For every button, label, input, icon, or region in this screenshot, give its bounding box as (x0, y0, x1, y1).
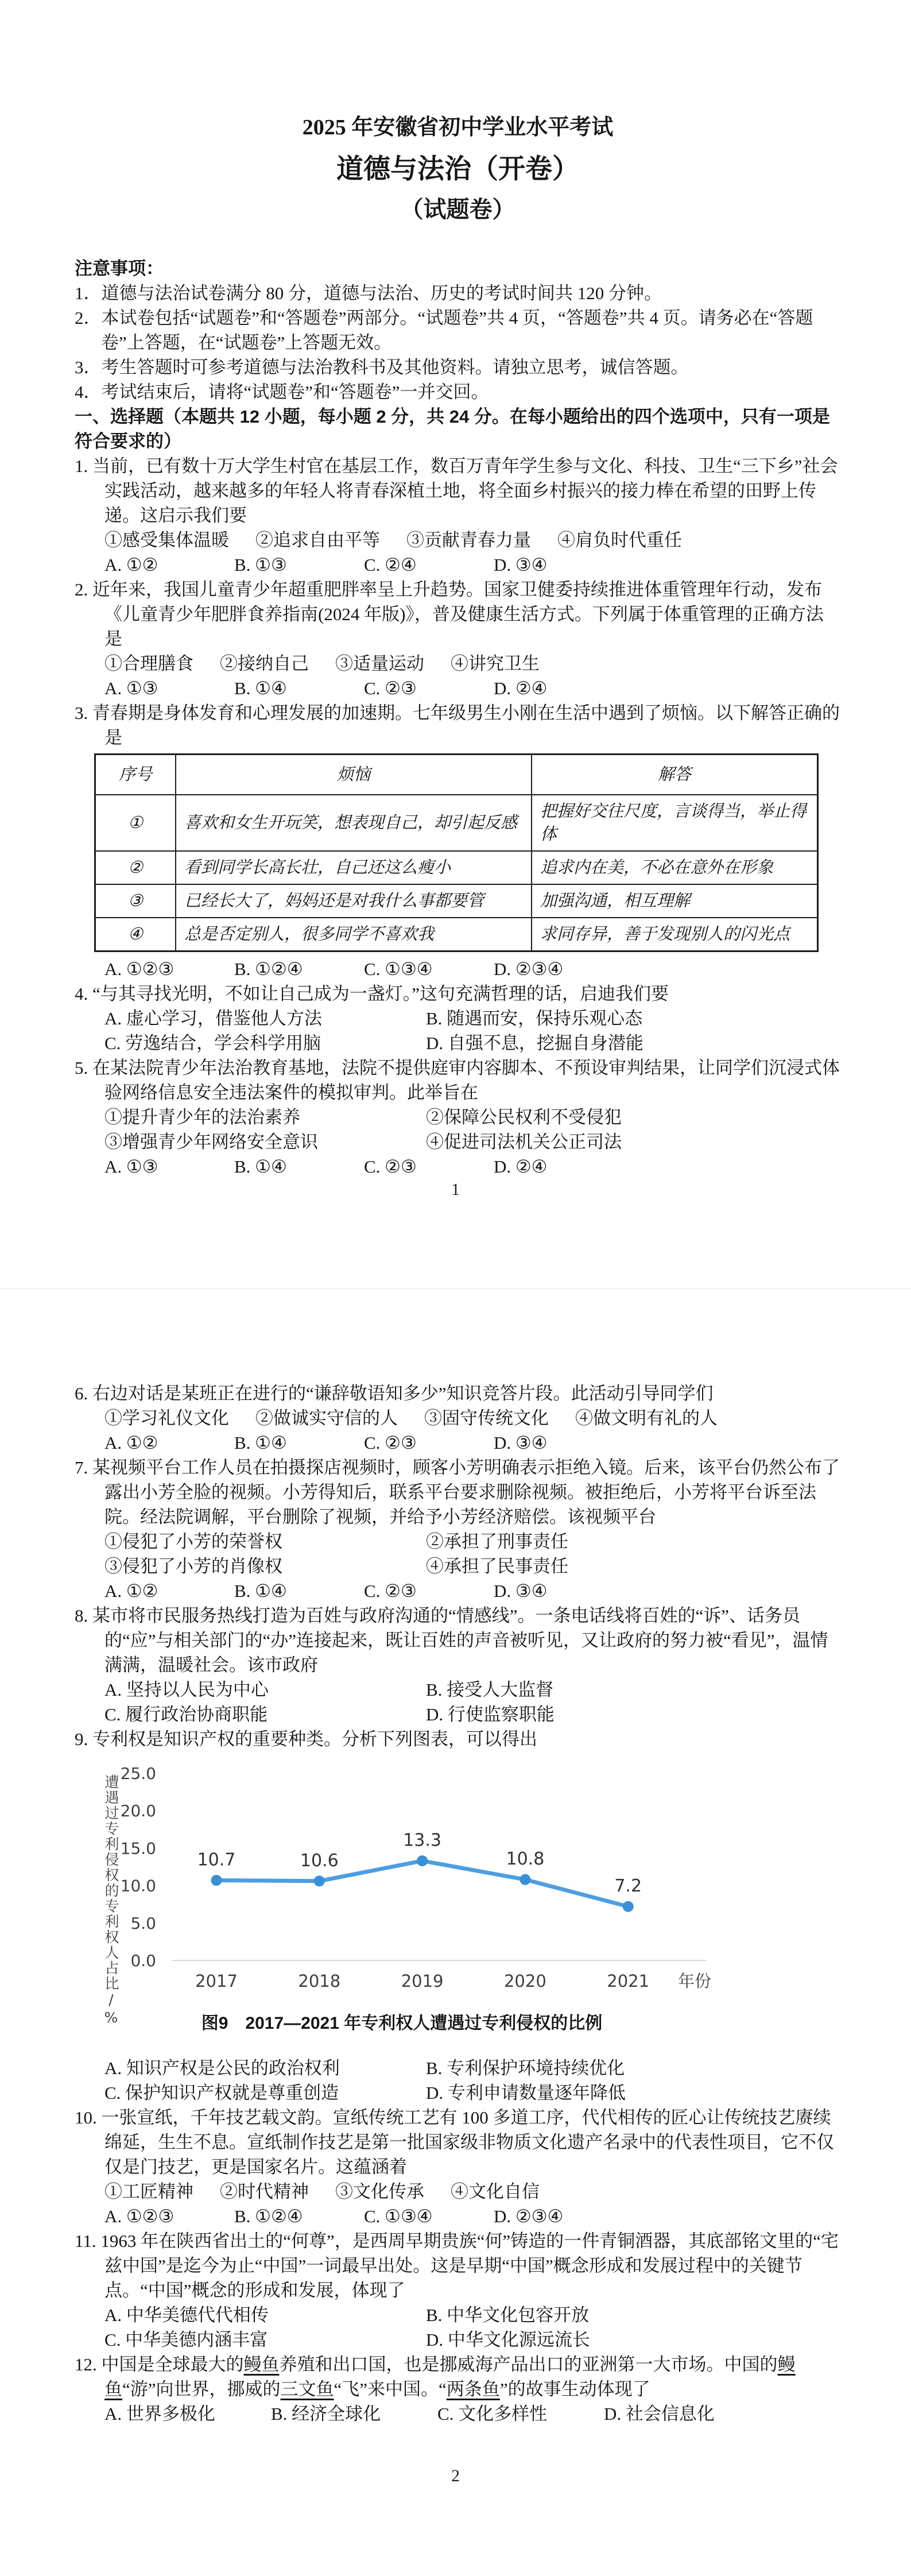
question-10-answers: A. ①②③B. ①②④C. ①③④D. ②③④ (75, 2204, 841, 2229)
table-cell: 加强沟通，相互理解 (532, 884, 818, 918)
question-12-answers: A. 世界多极化B. 经济全球化C. 文化多样性D. 社会信息化 (75, 2401, 841, 2426)
page-number-1: 1 (0, 1180, 911, 1200)
worries-answers-table: 序号 烦恼 解答 ① 喜欢和女生开玩笑，想表现自己，却引起反感 把握好交往尺度，… (94, 753, 819, 952)
answer-option: A. ①③ (104, 676, 234, 701)
choice-item: ①提升青少年的法治素养 (104, 1105, 426, 1130)
answer-option: A. 中华美德代代相传 (104, 2303, 426, 2327)
question-2-choices: ①合理膳食②接纳自己③适量运动④讲究卫生 (75, 651, 841, 676)
choice-item: ①合理膳食 (104, 653, 193, 674)
chart-caption: 图9 2017—2021 年专利权人遭遇过专利侵权的比例 (75, 2011, 729, 2036)
answer-option: D. 专利申请数量逐年降低 (426, 2080, 841, 2105)
svg-text:7.2: 7.2 (614, 1876, 642, 1896)
question-1-choices: ①感受集体温暖②追求自由平等③贡献青春力量④肩负时代重任 (75, 528, 841, 552)
answer-option: D. 行使监察职能 (426, 1702, 841, 1727)
answer-option: B. 专利保护环境持续优化 (426, 2056, 841, 2080)
answer-option: B. ①④ (234, 676, 364, 701)
answer-option: B. ①④ (234, 1579, 364, 1603)
question-1: 1. 当前，已有数十万大学生村官在基层工作，数百万青年学生参与文化、科技、卫生“… (75, 454, 841, 577)
svg-text:25.0: 25.0 (121, 1764, 156, 1783)
table-header-row: 序号 烦恼 解答 (95, 755, 818, 795)
page-separator (0, 1288, 911, 1289)
page-1: 2025 年安徽省初中学业水平考试 道德与法治（开卷） （试题卷） 注意事项： … (75, 0, 841, 1179)
svg-text:2018: 2018 (298, 1971, 340, 1991)
answer-option: B. 接受人大监督 (426, 1677, 841, 1702)
answer-option: B. ①③ (234, 552, 364, 577)
question-5-choices: ①提升青少年的法治素养②保障公民权利不受侵犯③增强青少年网络安全意识④促进司法机… (75, 1105, 841, 1154)
notice-item-1: 1．道德与法治试卷满分 80 分，道德与法治、历史的考试时间共 120 分钟。 (75, 281, 841, 305)
title-block: 2025 年安徽省初中学业水平考试 道德与法治（开卷） （试题卷） (75, 114, 841, 226)
table-cell: 已经长大了，妈妈还是对我什么事都要管 (176, 884, 532, 918)
choice-item: ①感受集体温暖 (104, 530, 229, 550)
notice-item-4: 4．考试结束后，请将“试题卷”和“答题卷”一并交回。 (75, 380, 841, 404)
choice-item: ④承担了民事责任 (426, 1554, 841, 1579)
table-cell: 追求内在美，不必在意外在形象 (532, 851, 818, 884)
answer-option: D. 中华文化源远流长 (426, 2327, 841, 2352)
choice-item: ②接纳自己 (220, 653, 309, 674)
question-6-choices: ①学习礼仪文化②做诚实守信的人③固守传统文化④做文明有礼的人 (75, 1406, 841, 1430)
table-header-answer: 解答 (532, 755, 818, 795)
table-cell: 把握好交往尺度，言谈得当，举止得体 (532, 795, 818, 851)
question-4: 4. “与其寻找光明，不如让自己成为一盏灯。”这句充满哲理的话，启迪我们要 A.… (75, 981, 841, 1055)
answer-option: C. 履行政治协商职能 (104, 1702, 426, 1727)
svg-text:13.3: 13.3 (403, 1831, 441, 1851)
table-cell: 总是否定别人，很多同学不喜欢我 (176, 918, 532, 952)
question-12-stem: 12. 中国是全球最大的鳗鱼养殖和出口国，也是挪威海产品出口的亚洲第一大市场。中… (75, 2352, 841, 2401)
answer-option: A. ①② (104, 552, 234, 577)
question-2-stem: 2. 近年来，我国儿童青少年超重肥胖率呈上升趋势。国家卫健委持续推进体重管理年行… (75, 577, 841, 651)
question-11-answers: A. 中华美德代代相传B. 中华文化包容开放C. 中华美德内涵丰富D. 中华文化… (75, 2303, 841, 2352)
question-3-stem: 3. 青春期是身体发育和心理发展的加速期。七年级男生小刚在生活中遇到了烦恼。以下… (75, 701, 841, 750)
table-cell: ③ (95, 884, 176, 918)
question-6-stem: 6. 右边对话是某班正在进行的“谦辞敬语知多少”知识竞答片段。此活动引导同学们 (75, 1381, 841, 1406)
answer-option: C. 文化多样性 (437, 2401, 604, 2426)
question-6: 6. 右边对话是某班正在进行的“谦辞敬语知多少”知识竞答片段。此活动引导同学们 … (75, 1381, 841, 1455)
answer-option: D. 社会信息化 (604, 2401, 770, 2426)
answer-option: A. ①② (104, 1579, 234, 1603)
table-row: ④ 总是否定别人，很多同学不喜欢我 求同存异，善于发现别人的闪光点 (95, 918, 818, 952)
choice-item: ④文化自信 (451, 2182, 540, 2202)
answer-option: C. ②③ (364, 1154, 494, 1179)
choice-item: ④做文明有礼的人 (575, 1408, 718, 1428)
answer-option: C. ①③④ (364, 2204, 494, 2229)
question-7-stem: 7. 某视频平台工作人员在拍摄探店视频时，顾客小芳明确表示拒绝入镜。后来，该平台… (75, 1455, 841, 1529)
answer-option: A. 虚心学习，借鉴他人方法 (104, 1006, 426, 1031)
question-11: 11. 1963 年在陕西省出土的“何尊”，是西周早期贵族“何”铸造的一件青铜酒… (75, 2229, 841, 2352)
question-7: 7. 某视频平台工作人员在拍摄探店视频时，顾客小芳明确表示拒绝入镜。后来，该平台… (75, 1455, 841, 1603)
section-1-heading: 一、选择题（本题共 12 小题，每小题 2 分，共 24 分。在每小题给出的四个… (75, 404, 841, 454)
answer-option: C. ②③ (364, 1579, 494, 1603)
line-chart: 0.05.010.015.020.025.010.7201710.6201813… (75, 1759, 786, 1996)
svg-text:0.0: 0.0 (130, 1951, 156, 1970)
answer-option: C. 中华美德内涵丰富 (104, 2327, 426, 2352)
table-row: ① 喜欢和女生开玩笑，想表现自己，却引起反感 把握好交往尺度，言谈得当，举止得体 (95, 795, 818, 851)
choice-item: ③固守传统文化 (424, 1408, 549, 1428)
svg-text:15.0: 15.0 (121, 1839, 156, 1858)
svg-text:20.0: 20.0 (121, 1801, 156, 1820)
svg-text:10.6: 10.6 (300, 1851, 339, 1871)
answer-option: A. 世界多极化 (104, 2401, 271, 2426)
choice-item: ①侵犯了小芳的荣誉权 (104, 1529, 426, 1554)
question-2: 2. 近年来，我国儿童青少年超重肥胖率呈上升趋势。国家卫健委持续推进体重管理年行… (75, 577, 841, 701)
choice-item: ①工匠精神 (104, 2182, 193, 2202)
subject-title: 道德与法治（开卷） (75, 150, 841, 187)
question-7-choices: ①侵犯了小芳的荣誉权②承担了刑事责任③侵犯了小芳的肖像权④承担了民事责任 (75, 1529, 841, 1579)
answer-option: D. ②③④ (494, 2204, 623, 2229)
svg-text:2020: 2020 (504, 1971, 546, 1991)
question-3-answers: A. ①②③B. ①②④C. ①③④D. ②③④ (75, 957, 841, 981)
page-number-2: 2 (0, 2466, 911, 2486)
answer-option: C. ②④ (364, 552, 494, 577)
question-1-stem: 1. 当前，已有数十万大学生村官在基层工作，数百万青年学生参与文化、科技、卫生“… (75, 454, 841, 528)
answer-option: C. ②③ (364, 1430, 494, 1455)
answer-option: A. ①②③ (104, 2204, 234, 2229)
table-row: ② 看到同学长高长壮，自己还这么瘦小 追求内在美，不必在意外在形象 (95, 851, 818, 884)
answer-option: B. ①②④ (234, 2204, 364, 2229)
table-cell: ② (95, 851, 176, 884)
svg-text:5.0: 5.0 (130, 1914, 156, 1933)
question-8-answers: A. 坚持以人民为中心B. 接受人大监督C. 履行政治协商职能D. 行使监察职能 (75, 1677, 841, 1727)
answer-option: D. ②③④ (494, 957, 623, 981)
question-7-answers: A. ①②B. ①④C. ②③D. ③④ (75, 1579, 841, 1603)
question-9: 9. 专利权是知识产权的重要种类。分析下列图表，可以得出 遭遇过专利侵权的专利权… (75, 1727, 841, 2105)
answer-option: A. 知识产权是公民的政治权利 (104, 2056, 426, 2080)
question-5-answers: A. ①③B. ①④C. ②③D. ②④ (75, 1154, 841, 1179)
choice-item: ③文化传承 (335, 2182, 424, 2202)
choice-item: ②时代精神 (220, 2182, 309, 2202)
notice-item-3: 3．考生答题时可参考道德与法治教科书及其他资料。请独立思考，诚信答题。 (75, 355, 841, 380)
choice-item: ②做诚实守信的人 (255, 1408, 398, 1428)
svg-text:10.8: 10.8 (506, 1849, 545, 1869)
table-cell: ① (95, 795, 176, 851)
question-8-stem: 8. 某市将市民服务热线打造为百姓与政府沟通的“情感线”。一条电话线将百姓的“诉… (75, 1603, 841, 1677)
svg-text:2019: 2019 (401, 1971, 444, 1991)
question-10-stem: 10. 一张宣纸，千年技艺载文韵。宣纸传统工艺有 100 多道工序，代代相传的匠… (75, 2105, 841, 2179)
table-cell: 喜欢和女生开玩笑，想表现自己，却引起反感 (176, 795, 532, 851)
answer-option: B. 中华文化包容开放 (426, 2303, 841, 2327)
svg-text:2021: 2021 (607, 1971, 649, 1991)
chart-y-axis-label: 遭遇过专利侵权的专利权人占比/% (99, 1774, 123, 2027)
svg-text:年份: 年份 (678, 1971, 711, 1991)
answer-option: B. 随遇而安，保持乐观心态 (426, 1006, 841, 1031)
exam-title: 2025 年安徽省初中学业水平考试 (75, 114, 841, 141)
question-6-answers: A. ①②B. ①④C. ②③D. ③④ (75, 1430, 841, 1455)
question-4-answers: A. 虚心学习，借鉴他人方法B. 随遇而安，保持乐观心态C. 劳逸结合，学会科学… (75, 1006, 841, 1055)
question-4-stem: 4. “与其寻找光明，不如让自己成为一盏灯。”这句充满哲理的话，启迪我们要 (75, 981, 841, 1006)
answer-option: A. ①③ (104, 1154, 234, 1179)
answer-option: C. ②③ (364, 676, 494, 701)
notice-heading: 注意事项： (75, 256, 841, 281)
table-cell: 看到同学长高长壮，自己还这么瘦小 (176, 851, 532, 884)
patent-chart: 遭遇过专利侵权的专利权人占比/% 0.05.010.015.020.025.01… (75, 1759, 786, 2036)
table-row: ③ 已经长大了，妈妈还是对我什么事都要管 加强沟通，相互理解 (95, 884, 818, 918)
answer-option: A. ①② (104, 1430, 234, 1455)
paper-type: （试题卷） (75, 193, 841, 226)
answer-option: B. ①④ (234, 1430, 364, 1455)
answer-option: D. ②④ (494, 676, 623, 701)
question-5: 5. 在某法院青少年法治教育基地，法院不提供庭审内容脚本、不预设审判结果，让同学… (75, 1055, 841, 1179)
question-9-stem: 9. 专利权是知识产权的重要种类。分析下列图表，可以得出 (75, 1727, 841, 1751)
answer-option: D. ②④ (494, 1154, 623, 1179)
table-cell: 求同存异，善于发现别人的闪光点 (532, 918, 818, 952)
choice-item: ②保障公民权利不受侵犯 (426, 1105, 841, 1130)
choice-item: ④肩负时代重任 (557, 530, 682, 550)
question-10: 10. 一张宣纸，千年技艺载文韵。宣纸传统工艺有 100 多道工序，代代相传的匠… (75, 2105, 841, 2229)
choice-item: ④促进司法机关公正司法 (426, 1130, 841, 1154)
svg-text:2017: 2017 (195, 1971, 238, 1991)
choice-item: ③适量运动 (335, 653, 424, 674)
choice-item: ①学习礼仪文化 (104, 1408, 229, 1428)
choice-item: ②承担了刑事责任 (426, 1529, 841, 1554)
question-3: 3. 青春期是身体发育和心理发展的加速期。七年级男生小刚在生活中遇到了烦恼。以下… (75, 701, 841, 981)
table-header-worry: 烦恼 (176, 755, 532, 795)
answer-option: D. ③④ (494, 552, 623, 577)
exam-paper-scan: 2025 年安徽省初中学业水平考试 道德与法治（开卷） （试题卷） 注意事项： … (0, 0, 911, 2576)
choice-item: ③增强青少年网络安全意识 (104, 1130, 426, 1154)
question-8: 8. 某市将市民服务热线打造为百姓与政府沟通的“情感线”。一条电话线将百姓的“诉… (75, 1603, 841, 1727)
choice-item: ④讲究卫生 (451, 653, 540, 674)
table-header-number: 序号 (95, 755, 176, 795)
question-9-answers: A. 知识产权是公民的政治权利B. 专利保护环境持续优化C. 保护知识产权就是尊… (75, 2056, 841, 2105)
choice-item: ②追求自由平等 (255, 530, 380, 550)
choice-item: ③贡献青春力量 (406, 530, 531, 550)
table-cell: ④ (95, 918, 176, 952)
question-12: 12. 中国是全球最大的鳗鱼养殖和出口国，也是挪威海产品出口的亚洲第一大市场。中… (75, 2352, 841, 2426)
answer-option: C. ①③④ (364, 957, 494, 981)
question-2-answers: A. ①③B. ①④C. ②③D. ②④ (75, 676, 841, 701)
svg-text:10.0: 10.0 (121, 1877, 156, 1896)
question-11-stem: 11. 1963 年在陕西省出土的“何尊”，是西周早期贵族“何”铸造的一件青铜酒… (75, 2229, 841, 2303)
answer-option: D. ③④ (494, 1579, 623, 1603)
answer-option: B. 经济全球化 (271, 2401, 437, 2426)
answer-option: B. ①②④ (234, 957, 364, 981)
answer-option: A. ①②③ (104, 957, 234, 981)
notice-item-2: 2．本试卷包括“试题卷”和“答题卷”两部分。“试题卷”共 4 页，“答题卷”共 … (75, 305, 841, 355)
page-2: 6. 右边对话是某班正在进行的“谦辞敬语知多少”知识竞答片段。此活动引导同学们 … (75, 1381, 841, 2426)
svg-text:10.7: 10.7 (197, 1850, 236, 1870)
choice-item: ③侵犯了小芳的肖像权 (104, 1554, 426, 1579)
answer-option: D. ③④ (494, 1430, 623, 1455)
answer-option: A. 坚持以人民为中心 (104, 1677, 426, 1702)
question-5-stem: 5. 在某法院青少年法治教育基地，法院不提供庭审内容脚本、不预设审判结果，让同学… (75, 1055, 841, 1105)
answer-option: D. 自强不息，挖掘自身潜能 (426, 1031, 841, 1055)
answer-option: C. 保护知识产权就是尊重创造 (104, 2080, 426, 2105)
answer-option: C. 劳逸结合，学会科学用脑 (104, 1031, 426, 1055)
answer-option: B. ①④ (234, 1154, 364, 1179)
question-1-answers: A. ①②B. ①③C. ②④D. ③④ (75, 552, 841, 577)
question-10-choices: ①工匠精神②时代精神③文化传承④文化自信 (75, 2179, 841, 2204)
